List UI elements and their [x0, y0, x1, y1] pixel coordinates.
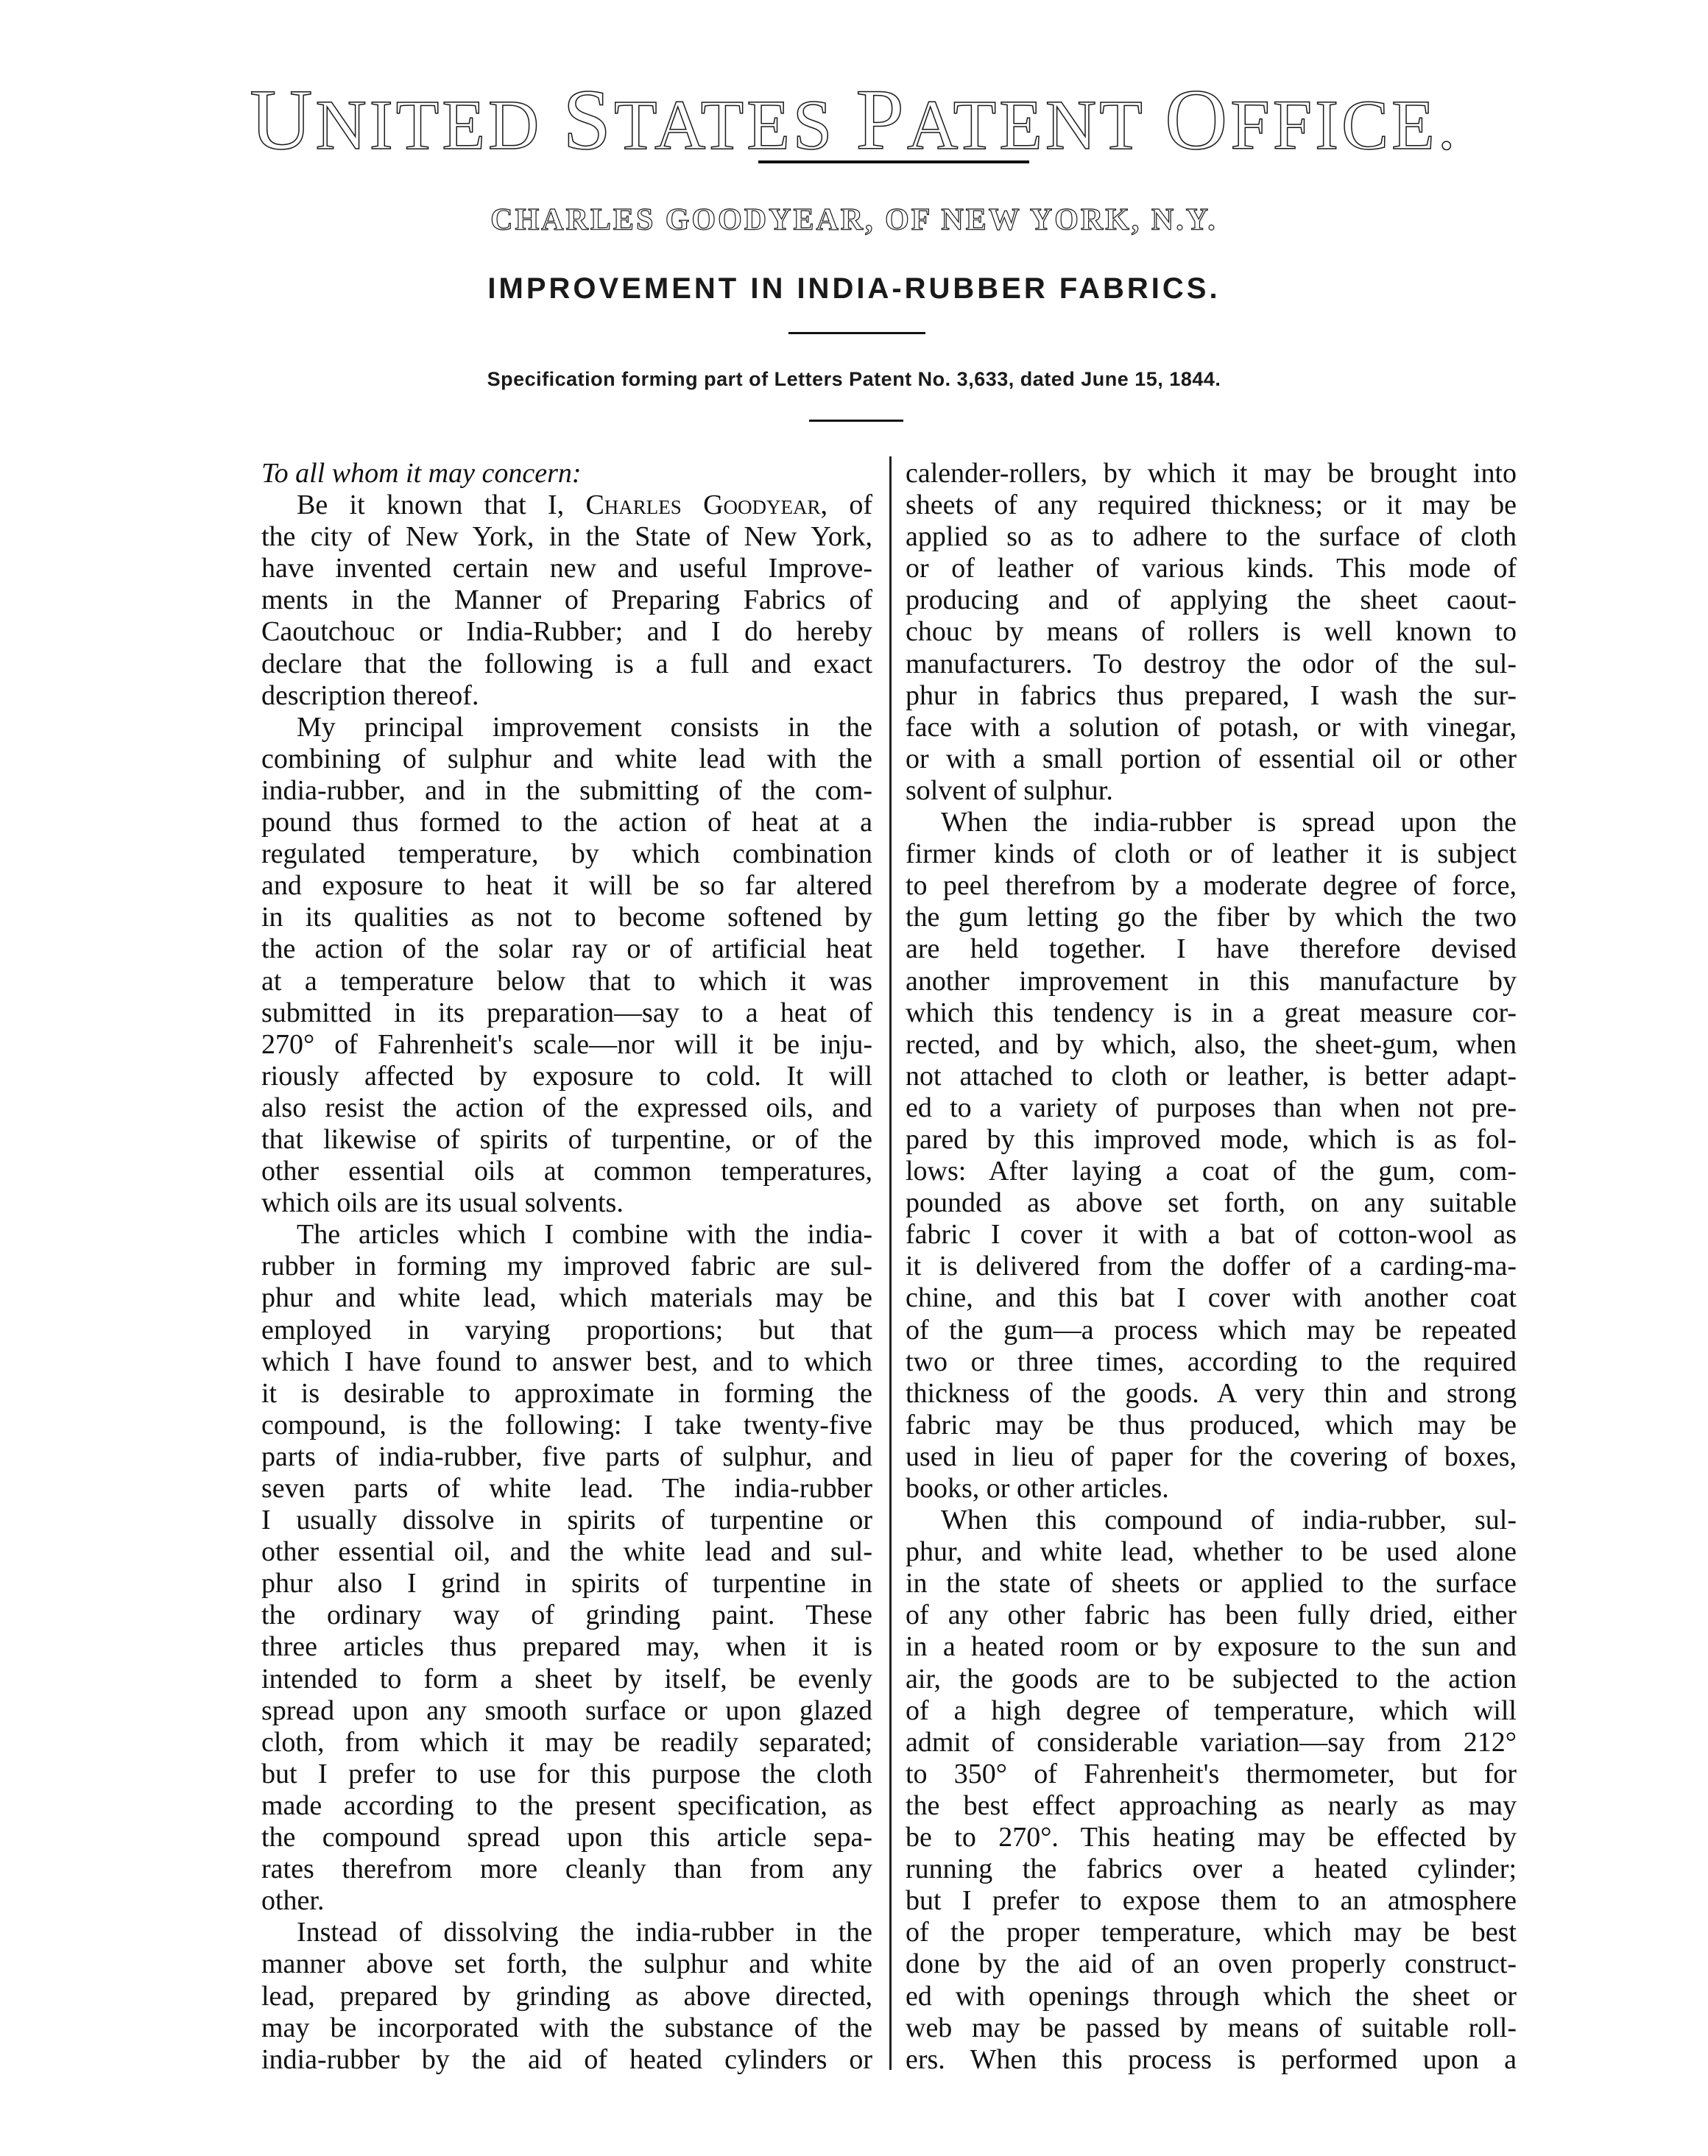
text-line: of the proper temperature, which may be … [906, 1917, 1517, 1948]
text-line: firmer kinds of cloth or of leather it i… [906, 838, 1517, 870]
subject-line: IMPROVEMENT IN INDIA-RUBBER FABRICS. [0, 272, 1708, 305]
text-line: or with a small portion of essential oil… [906, 743, 1517, 775]
text-line: also resist the action of the expressed … [261, 1092, 872, 1124]
specification-line: Specification forming part of Letters Pa… [0, 368, 1708, 391]
text-line: are held together. I have therefore devi… [906, 933, 1517, 965]
text-line: The articles which I combine with the in… [261, 1219, 872, 1251]
spec-rule [809, 420, 903, 422]
title-initial: P [855, 71, 907, 168]
text-line: face with a solution of potash, or with … [906, 712, 1517, 743]
text-line: cloth, from which it may be readily sepa… [261, 1727, 872, 1759]
text-line: phur in fabrics thus prepared, I wash th… [906, 680, 1517, 712]
text-line: phur, and white lead, whether to be used… [906, 1536, 1517, 1568]
title-rest: FFICE. [1230, 85, 1458, 164]
text-line: have invented certain new and useful Imp… [261, 553, 872, 584]
text-line: seven parts of white lead. The india-rub… [261, 1473, 872, 1505]
text-line: but I prefer to expose them to an atmosp… [906, 1885, 1517, 1917]
text-line: it is delivered from the doffer of a car… [906, 1251, 1517, 1282]
text-line: other essential oils at common temperatu… [261, 1156, 872, 1187]
text-line: Be it known that I, Charles Goodyear, of [261, 489, 872, 521]
inventor-line: CHARLES GOODYEAR, OF NEW YORK, N.Y. [0, 202, 1708, 238]
text-line: intended to form a sheet by itself, be e… [261, 1664, 872, 1695]
text-line: which this tendency is in a great measur… [906, 997, 1517, 1029]
text-line: riously affected by exposure to cold. It… [261, 1061, 872, 1092]
office-title: UNITED STATES PATENT OFFICE. [0, 77, 1708, 163]
title-initial: O [1165, 71, 1230, 168]
text-line: applied so as to adhere to the surface o… [906, 521, 1517, 553]
text-line: other. [261, 1885, 872, 1917]
text-line: producing and of applying the sheet caou… [906, 584, 1517, 616]
text-line: india-rubber, and in the submitting of t… [261, 775, 872, 807]
text-line: pared by this improved mode, which is as… [906, 1124, 1517, 1156]
text-line: ments in the Manner of Preparing Fabrics… [261, 584, 872, 616]
text-line: Instead of dissolving the india-rubber i… [261, 1917, 872, 1948]
text-line: not attached to cloth or leather, is bet… [906, 1061, 1517, 1092]
text-line: To all whom it may concern: [261, 458, 872, 489]
text-line: web may be passed by means of suitable r… [906, 2012, 1517, 2044]
title-rule [758, 160, 1029, 163]
text-line: manner above set forth, the sulphur and … [261, 1948, 872, 1980]
text-line: rates therefrom more cleanly than from a… [261, 1853, 872, 1885]
text-line: used in lieu of paper for the covering o… [906, 1441, 1517, 1473]
text-line: books, or other articles. [906, 1473, 1517, 1505]
text-line: that likewise of spirits of turpentine, … [261, 1124, 872, 1156]
text-line: fabric may be thus produced, which may b… [906, 1410, 1517, 1441]
text-line: admit of considerable variation—say from… [906, 1727, 1517, 1759]
text-line: which I have found to answer best, and t… [261, 1346, 872, 1378]
text-line: in the state of sheets or applied to the… [906, 1568, 1517, 1600]
text-line: and exposure to heat it will be so far a… [261, 870, 872, 902]
left-column: To all whom it may concern:Be it known t… [261, 458, 872, 2076]
text-line: lead, prepared by grinding as above dire… [261, 1981, 872, 2012]
text-line: the compound spread upon this article se… [261, 1822, 872, 1853]
title-initial: S [562, 71, 614, 168]
text-line: made according to the present specificat… [261, 1790, 872, 1822]
text-line: but I prefer to use for this purpose the… [261, 1759, 872, 1790]
text-line: combining of sulphur and white lead with… [261, 743, 872, 775]
text-line: running the fabrics over a heated cylind… [906, 1853, 1517, 1885]
text-line: manufacturers. To destroy the odor of th… [906, 648, 1517, 680]
text-line: two or three times, according to the req… [906, 1346, 1517, 1378]
text-line: Caoutchouc or India-Rubber; and I do her… [261, 616, 872, 648]
text-line: lows: After laying a coat of the gum, co… [906, 1156, 1517, 1187]
text-line: another improvement in this manufacture … [906, 966, 1517, 997]
text-line: When the india-rubber is spread upon the [906, 807, 1517, 838]
title-rest: ATENT [907, 85, 1144, 164]
text-line: compound, is the following: I take twent… [261, 1410, 872, 1441]
text-line: which oils are its usual solvents. [261, 1187, 872, 1219]
text-line: solvent of sulphur. [906, 775, 1517, 807]
text-line: the best effect approaching as nearly as… [906, 1790, 1517, 1822]
text-line: ed to a variety of purposes than when no… [906, 1092, 1517, 1124]
office-title-word: STATES [562, 85, 835, 164]
text-line: of a high degree of temperature, which w… [906, 1695, 1517, 1727]
text-line: ed with openings through which the sheet… [906, 1981, 1517, 2012]
office-title-word: PATENT [855, 85, 1144, 164]
text-line: at a temperature below that to which it … [261, 966, 872, 997]
text-line: rected, and by which, also, the sheet-gu… [906, 1029, 1517, 1061]
text-line: chouc by means of rollers is well known … [906, 616, 1517, 648]
text-line: in a heated room or by exposure to the s… [906, 1631, 1517, 1663]
text-line: phur and white lead, which materials may… [261, 1282, 872, 1314]
text-line: of any other fabric has been fully dried… [906, 1600, 1517, 1631]
title-rest: NITED [315, 85, 542, 164]
text-line: ers. When this process is performed upon… [906, 2044, 1517, 2076]
column-divider [889, 456, 892, 2070]
text-line: the city of New York, in the State of Ne… [261, 521, 872, 553]
text-line: to peel therefrom by a moderate degree o… [906, 870, 1517, 902]
text-line: My principal improvement consists in the [261, 712, 872, 743]
text-line: 270° of Fahrenheit's scale—nor will it b… [261, 1029, 872, 1061]
text-line: thickness of the goods. A very thin and … [906, 1378, 1517, 1410]
text-line: regulated temperature, by which combinat… [261, 838, 872, 870]
office-title-word: UNITED [250, 85, 542, 164]
text-line: description thereof. [261, 680, 872, 712]
text-line: done by the aid of an oven properly cons… [906, 1948, 1517, 1980]
text-line: fabric I cover it with a bat of cotton-w… [906, 1219, 1517, 1251]
text-line: or of leather of various kinds. This mod… [906, 553, 1517, 584]
text-line: may be incorporated with the substance o… [261, 2012, 872, 2044]
text-line: chine, and this bat I cover with another… [906, 1282, 1517, 1314]
text-line: other essential oil, and the white lead … [261, 1536, 872, 1568]
office-title-word: OFFICE. [1165, 85, 1458, 164]
text-line: be to 270°. This heating may be effected… [906, 1822, 1517, 1853]
text-line: three articles thus prepared may, when i… [261, 1631, 872, 1663]
text-line: pound thus formed to the action of heat … [261, 807, 872, 838]
text-line: it is desirable to approximate in formin… [261, 1378, 872, 1410]
inventor-name: Charles Goodyear [585, 489, 820, 520]
text-line: of the gum—a process which may be repeat… [906, 1315, 1517, 1346]
text-line: the ordinary way of grinding paint. Thes… [261, 1600, 872, 1631]
text-line: spread upon any smooth surface or upon g… [261, 1695, 872, 1727]
title-rest: TATES [614, 85, 835, 164]
text-line: pounded as above set forth, on any suita… [906, 1187, 1517, 1219]
text-line: to 350° of Fahrenheit's thermometer, but… [906, 1759, 1517, 1790]
text-line: sheets of any required thickness; or it … [906, 489, 1517, 521]
text-line: calender-rollers, by which it may be bro… [906, 458, 1517, 489]
text-line: air, the goods are to be subjected to th… [906, 1664, 1517, 1695]
right-column: calender-rollers, by which it may be bro… [906, 458, 1517, 2076]
text-line: When this compound of india-rubber, sul- [906, 1505, 1517, 1536]
text-line: declare that the following is a full and… [261, 648, 872, 680]
text-line: in its qualities as not to become soften… [261, 902, 872, 933]
subject-rule [788, 332, 925, 334]
text-line: parts of india-rubber, five parts of sul… [261, 1441, 872, 1473]
text-line: india-rubber by the aid of heated cylind… [261, 2044, 872, 2076]
text-line: the action of the solar ray or of artifi… [261, 933, 872, 965]
text-line: I usually dissolve in spirits of turpent… [261, 1505, 872, 1536]
text-line: phur also I grind in spirits of turpenti… [261, 1568, 872, 1600]
text-line: rubber in forming my improved fabric are… [261, 1251, 872, 1282]
text-line: submitted in its preparation—say to a he… [261, 997, 872, 1029]
title-initial: U [250, 71, 315, 168]
text-line: the gum letting go the fiber by which th… [906, 902, 1517, 933]
text-line: employed in varying proportions; but tha… [261, 1315, 872, 1346]
